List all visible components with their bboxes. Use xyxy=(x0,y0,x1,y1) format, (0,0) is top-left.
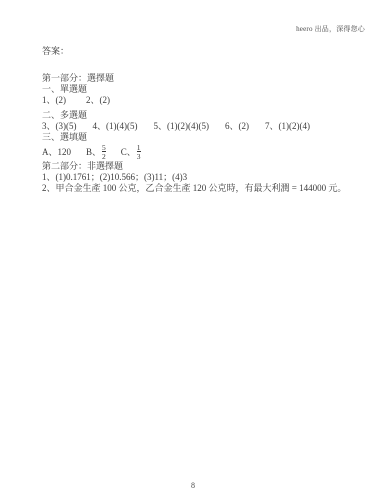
fraction-numerator: 5 xyxy=(102,144,106,152)
fraction-denominator: 2 xyxy=(102,151,106,160)
fraction-numerator: 1 xyxy=(137,144,141,152)
answer-item: 5、(1)(2)(4)(5) xyxy=(153,121,208,132)
answer-item-prefix: C、 xyxy=(121,147,136,158)
answer-item: 1、(2) xyxy=(42,95,66,106)
single-choice-answers: 1、(2) 2、(2) xyxy=(42,95,370,106)
answer-item-prefix: A、 xyxy=(42,147,58,158)
answer-sheet: 答案： 第一部分：選擇題 一、單選題 1、(2) 2、(2) 二、多選題 3、(… xyxy=(42,46,370,194)
answer-item: B、52 xyxy=(86,144,106,161)
answer-item: A、120 xyxy=(42,147,71,158)
answer-item: 4、(1)(4)(5) xyxy=(93,121,138,132)
fraction: 52 xyxy=(102,144,106,161)
answers-label: 答案： xyxy=(42,46,370,57)
page-number: 8 xyxy=(0,481,386,490)
fill-in-title: 三、選填題 xyxy=(42,132,370,143)
multi-choice-title: 二、多選題 xyxy=(42,110,370,121)
answer-item: 3、(3)(5) xyxy=(42,121,77,132)
answer-item-value: 120 xyxy=(58,147,72,158)
part1-title: 第一部分：選擇題 xyxy=(42,73,370,84)
header-credit-text: heero 出品，深得您心 xyxy=(296,24,365,34)
answer-item: 6、(2) xyxy=(225,121,249,132)
answer-item-prefix: B、 xyxy=(86,147,101,158)
fraction-denominator: 3 xyxy=(137,151,141,160)
answer-item: 7、(1)(2)(4) xyxy=(265,121,310,132)
fill-in-answers: A、120 B、52 C、13 xyxy=(42,144,370,160)
single-choice-title: 一、單選題 xyxy=(42,84,370,95)
multi-choice-answers: 3、(3)(5) 4、(1)(4)(5) 5、(1)(2)(4)(5) 6、(2… xyxy=(42,121,370,132)
part2-answer-1: 1、(1)0.1761；(2)10.566；(3)11；(4)3 xyxy=(42,172,370,183)
document-page: heero 出品，深得您心 答案： 第一部分：選擇題 一、單選題 1、(2) 2… xyxy=(0,0,386,500)
part2-answer-2: 2、甲合金生產 100 公克，乙合金生產 120 公克時，有最大利潤 = 144… xyxy=(42,183,370,194)
fraction: 13 xyxy=(137,144,141,161)
answer-item: C、13 xyxy=(121,144,141,161)
answer-item: 2、(2) xyxy=(86,95,110,106)
part2-title: 第二部分：非選擇題 xyxy=(42,161,370,172)
